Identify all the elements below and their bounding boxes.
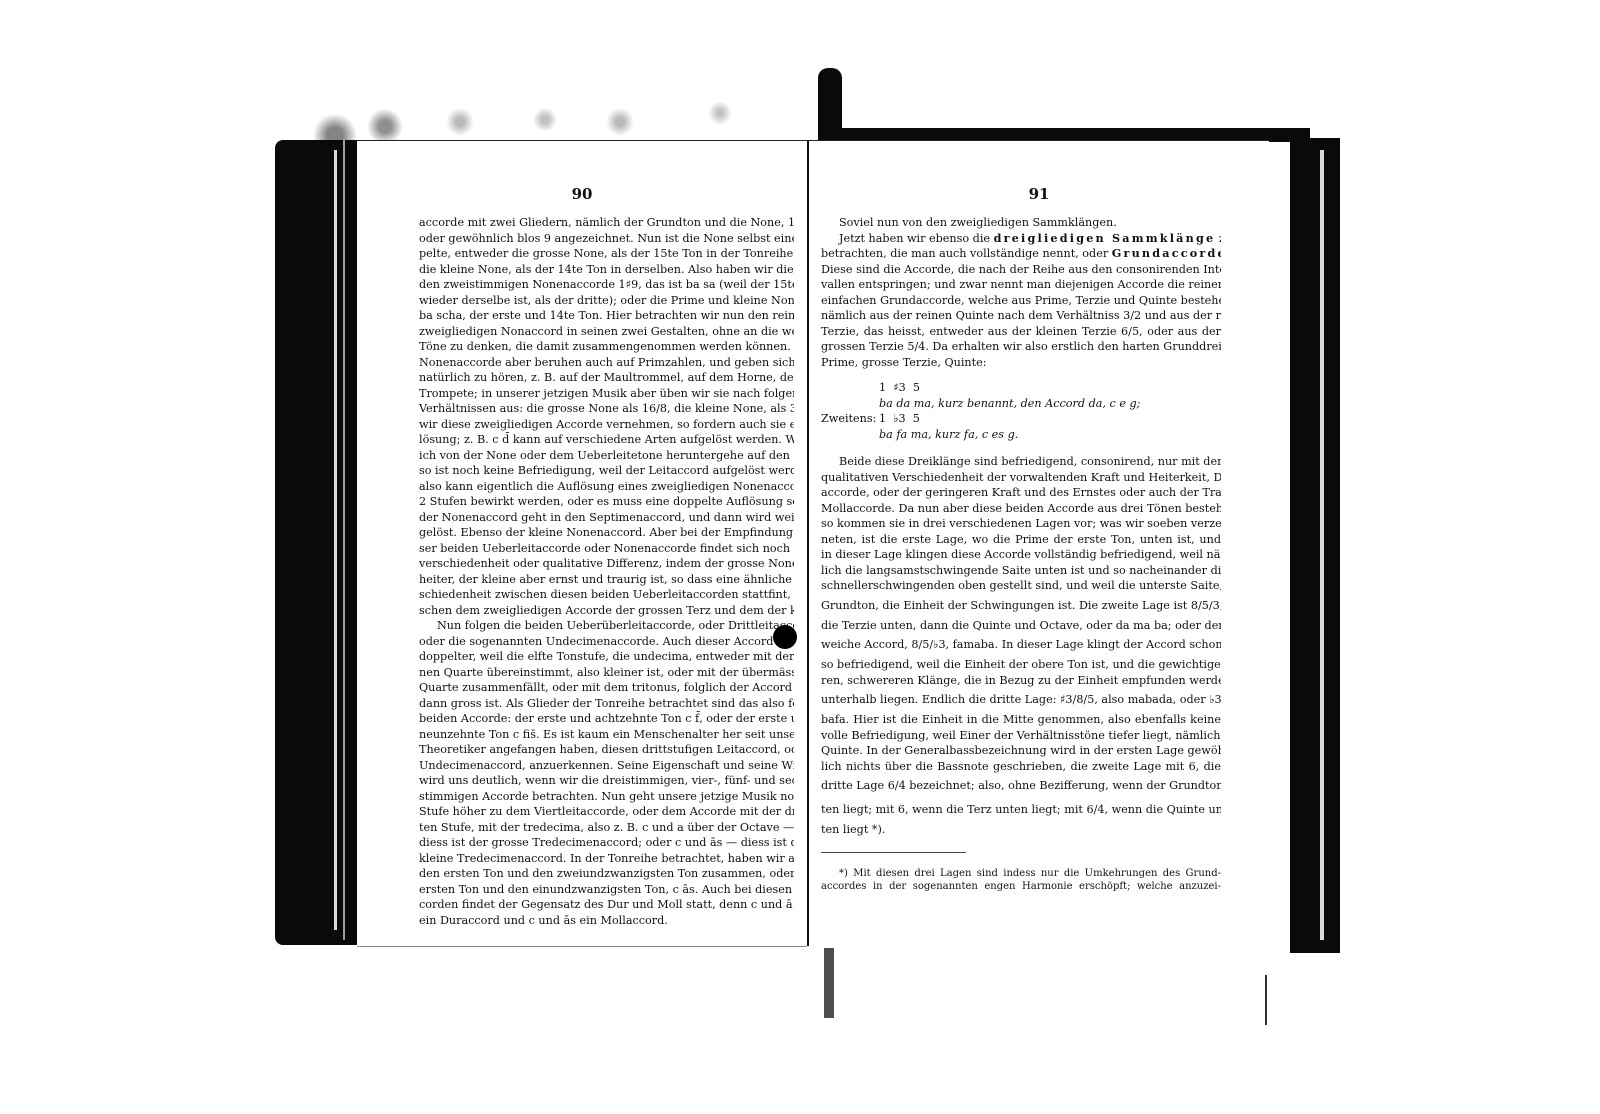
text-line: volle Befriedigung, weil Einer der Verhä… [821,728,1221,744]
scan-mark [1265,975,1267,1025]
left-page-text: accorde mit zwei Gliedern, nämlich der G… [419,215,794,928]
text-line: Quarte zusammenfällt, oder mit dem trito… [419,680,794,696]
text-line: so kommen sie in drei verschiedenen Lage… [821,516,1221,532]
formula-row-minor-text: ba fa ma, kurz fa, c es g. [821,427,1221,443]
text-line: Prime, grosse Terzie, Quinte: [821,355,1221,371]
text-line: nen Quarte übereinstimmt, also kleiner i… [419,665,794,681]
text-line: accorde, oder der geringeren Kraft und d… [821,485,1221,501]
text-line: Grundton, die Einheit der Schwingungen i… [821,594,1221,618]
intro-paragraph: Soviel nun von den zweigliedigen Sammklä… [821,215,1221,370]
text-line: Terzie, das heisst, entweder aus der kle… [821,324,1221,340]
text-line: beiden Accorde: der erste und achtzehnte… [419,711,794,727]
text-line: Theoretiker angefangen haben, diesen dri… [419,742,794,758]
page-number: 90 [357,185,807,203]
right-page-text: Soviel nun von den zweigliedigen Sammklä… [821,215,1221,893]
text-line: ten liegt *). [821,822,1221,838]
text-line: zweigliedigen Nonaccord in seinen zwei G… [419,324,794,340]
text-line: neten, ist die erste Lage, wo die Prime … [821,532,1221,548]
text-line: qualitativen Verschiedenheit der vorwalt… [821,470,1221,486]
text-line: betrachten, die man auch vollständige ne… [821,246,1221,262]
text-line: ba scha, der erste und 14te Ton. Hier be… [419,308,794,324]
text-line: *) Mit diesen drei Lagen sind indess nur… [821,867,1221,880]
ink-blot [773,625,797,649]
text-line: ten liegt; mit 6, wenn die Terz unten li… [821,798,1221,822]
formula-row-major-numerals: 1 ♯3 5 [821,380,1221,396]
text-line: verschiedenheit oder qualitative Differe… [419,556,794,572]
text-line: 2 Stufen bewirkt werden, oder es muss ei… [419,494,794,510]
text-line: schiedenheit zwischen diesen beiden Uebe… [419,587,794,603]
text-line: wir diese zweigliedigen Accorde vernehme… [419,417,794,433]
text-line: Nun folgen die beiden Ueberüberleitaccor… [419,618,794,634]
text-line: Jetzt haben wir ebenso die dreigliedigen… [821,231,1221,247]
text-line: gelöst. Ebenso der kleine Nonenaccord. A… [419,525,794,541]
text-line: schnellerschwingenden oben gestellt sind… [821,578,1221,594]
scan-noise [310,95,810,140]
text-line: natürlich zu hören, z. B. auf der Maultr… [419,370,794,386]
text-line: die kleine None, als der 14te Ton in der… [419,262,794,278]
text-line: Beide diese Dreiklänge sind befriedigend… [821,454,1221,470]
text-line: lich die langsamstschwingende Saite unte… [821,563,1221,579]
text-line: ren, schwereren Klänge, die in Bezug zu … [821,673,1221,689]
text-line: oder gewöhnlich blos 9 angezeichnet. Nun… [419,231,794,247]
text-line: grossen Terzie 5/4. Da erhalten wir also… [821,339,1221,355]
chord-formula: 1 ♯3 5 ba da ma, kurz benannt, den Accor… [821,380,1221,442]
text-line: Verhältnissen aus: die grosse None als 1… [419,401,794,417]
text-line: unterhalb liegen. Endlich die dritte Lag… [821,688,1221,712]
text-line: ersten Ton und den einundzwanzigsten Ton… [419,882,794,898]
text-line: ein Duraccord und c und ās ein Mollaccor… [419,913,794,929]
text-line: die Terzie unten, dann die Quinte und Oc… [821,618,1221,634]
formula-row-major-text: ba da ma, kurz benannt, den Accord da, c… [821,396,1221,412]
text-line: Trompete; in unserer jetzigen Musik aber… [419,386,794,402]
text-line: dritte Lage 6/4 bezeichnet; also, ohne B… [821,774,1221,798]
text-line: diess ist der grosse Tredecimenaccord; o… [419,835,794,851]
text-line: Diese sind die Accorde, die nach der Rei… [821,262,1221,278]
text-line: Undecimenaccord, anzuerkennen. Seine Eig… [419,758,794,774]
text-line: Mollaccorde. Da nun aber diese beiden Ac… [821,501,1221,517]
left-page: 90 accorde mit zwei Gliedern, nämlich de… [357,140,807,947]
text-line: der Nonenaccord geht in den Septimenacco… [419,510,794,526]
book-right-edge [1290,138,1340,953]
text-line: den ersten Ton und den zweiundzwanzigste… [419,866,794,882]
text-line: lösung; z. B. c d̄ kann auf verschiedene… [419,432,794,448]
text-line: Stufe höher zu dem Viertleitaccorde, ode… [419,804,794,820]
text-line: Töne zu denken, die damit zusammengenomm… [419,339,794,355]
text-line: dann gross ist. Als Glieder der Tonreihe… [419,696,794,712]
footnote: *) Mit diesen drei Lagen sind indess nur… [821,867,1221,893]
text-line: doppelter, weil die elfte Tonstufe, die … [419,649,794,665]
book-spine-top [818,68,842,148]
text-line: lich nichts über die Bassnote geschriebe… [821,759,1221,775]
text-line: wieder derselbe ist, als der dritte); od… [419,293,794,309]
text-line: bafa. Hier ist die Einheit in die Mitte … [821,712,1221,728]
text-line: stimmigen Accorde betrachten. Nun geht u… [419,789,794,805]
text-line: also kann eigentlich die Auflösung eines… [419,479,794,495]
right-page: 91 Soviel nun von den zweigliedigen Samm… [807,140,1269,946]
text-line: vallen entspringen; und zwar nennt man d… [821,277,1221,293]
text-line: kleine Tredecimenaccord. In der Tonreihe… [419,851,794,867]
text-line: Nonenaccorde aber beruhen auch auf Primz… [419,355,794,371]
text-line: schen dem zweigliedigen Accorde der gros… [419,603,794,619]
text-line: ten Stufe, mit der tredecima, also z. B.… [419,820,794,836]
formula-row-minor-numerals: Zweitens:1 ♭3 5 [821,411,1221,427]
text-line: nämlich aus der reinen Quinte nach dem V… [821,308,1221,324]
text-line: oder die sogenannten Undecimenaccorde. A… [419,634,794,650]
book-spine-bottom [824,948,834,1018]
text-line: pelte, entweder die grosse None, als der… [419,246,794,262]
book-left-edge [275,140,357,945]
text-line: ich von der None oder dem Ueberleitetone… [419,448,794,464]
text-line: Soviel nun von den zweigliedigen Sammklä… [821,215,1221,231]
text-line: ser beiden Ueberleitaccorde oder Nonenac… [419,541,794,557]
body-paragraph: Beide diese Dreiklänge sind befriedigend… [821,454,1221,838]
text-line: accordes in der sogenannten engen Harmon… [821,880,1221,893]
text-line: wird uns deutlich, wenn wir die dreistim… [419,773,794,789]
page-number: 91 [809,185,1269,203]
text-line: so ist noch keine Befriedigung, weil der… [419,463,794,479]
text-line: accorde mit zwei Gliedern, nämlich der G… [419,215,794,231]
footnote-divider [821,852,966,853]
text-line: heiter, der kleine aber ernst und trauri… [419,572,794,588]
text-line: Quinte. In der Generalbassbezeichnung wi… [821,743,1221,759]
text-line: den zweistimmigen Nonenaccorde 1♯9, das … [419,277,794,293]
text-line: corden findet der Gegensatz des Dur und … [419,897,794,913]
text-line: einfachen Grundaccorde, welche aus Prime… [821,293,1221,309]
text-line: weiche Accord, 8/5/♭3, famaba. In dieser… [821,633,1221,657]
text-line: in dieser Lage klingen diese Accorde vol… [821,547,1221,563]
text-line: so befriedigend, weil die Einheit der ob… [821,657,1221,673]
text-line: neunzehnte Ton c fis̄. Es ist kaum ein M… [419,727,794,743]
